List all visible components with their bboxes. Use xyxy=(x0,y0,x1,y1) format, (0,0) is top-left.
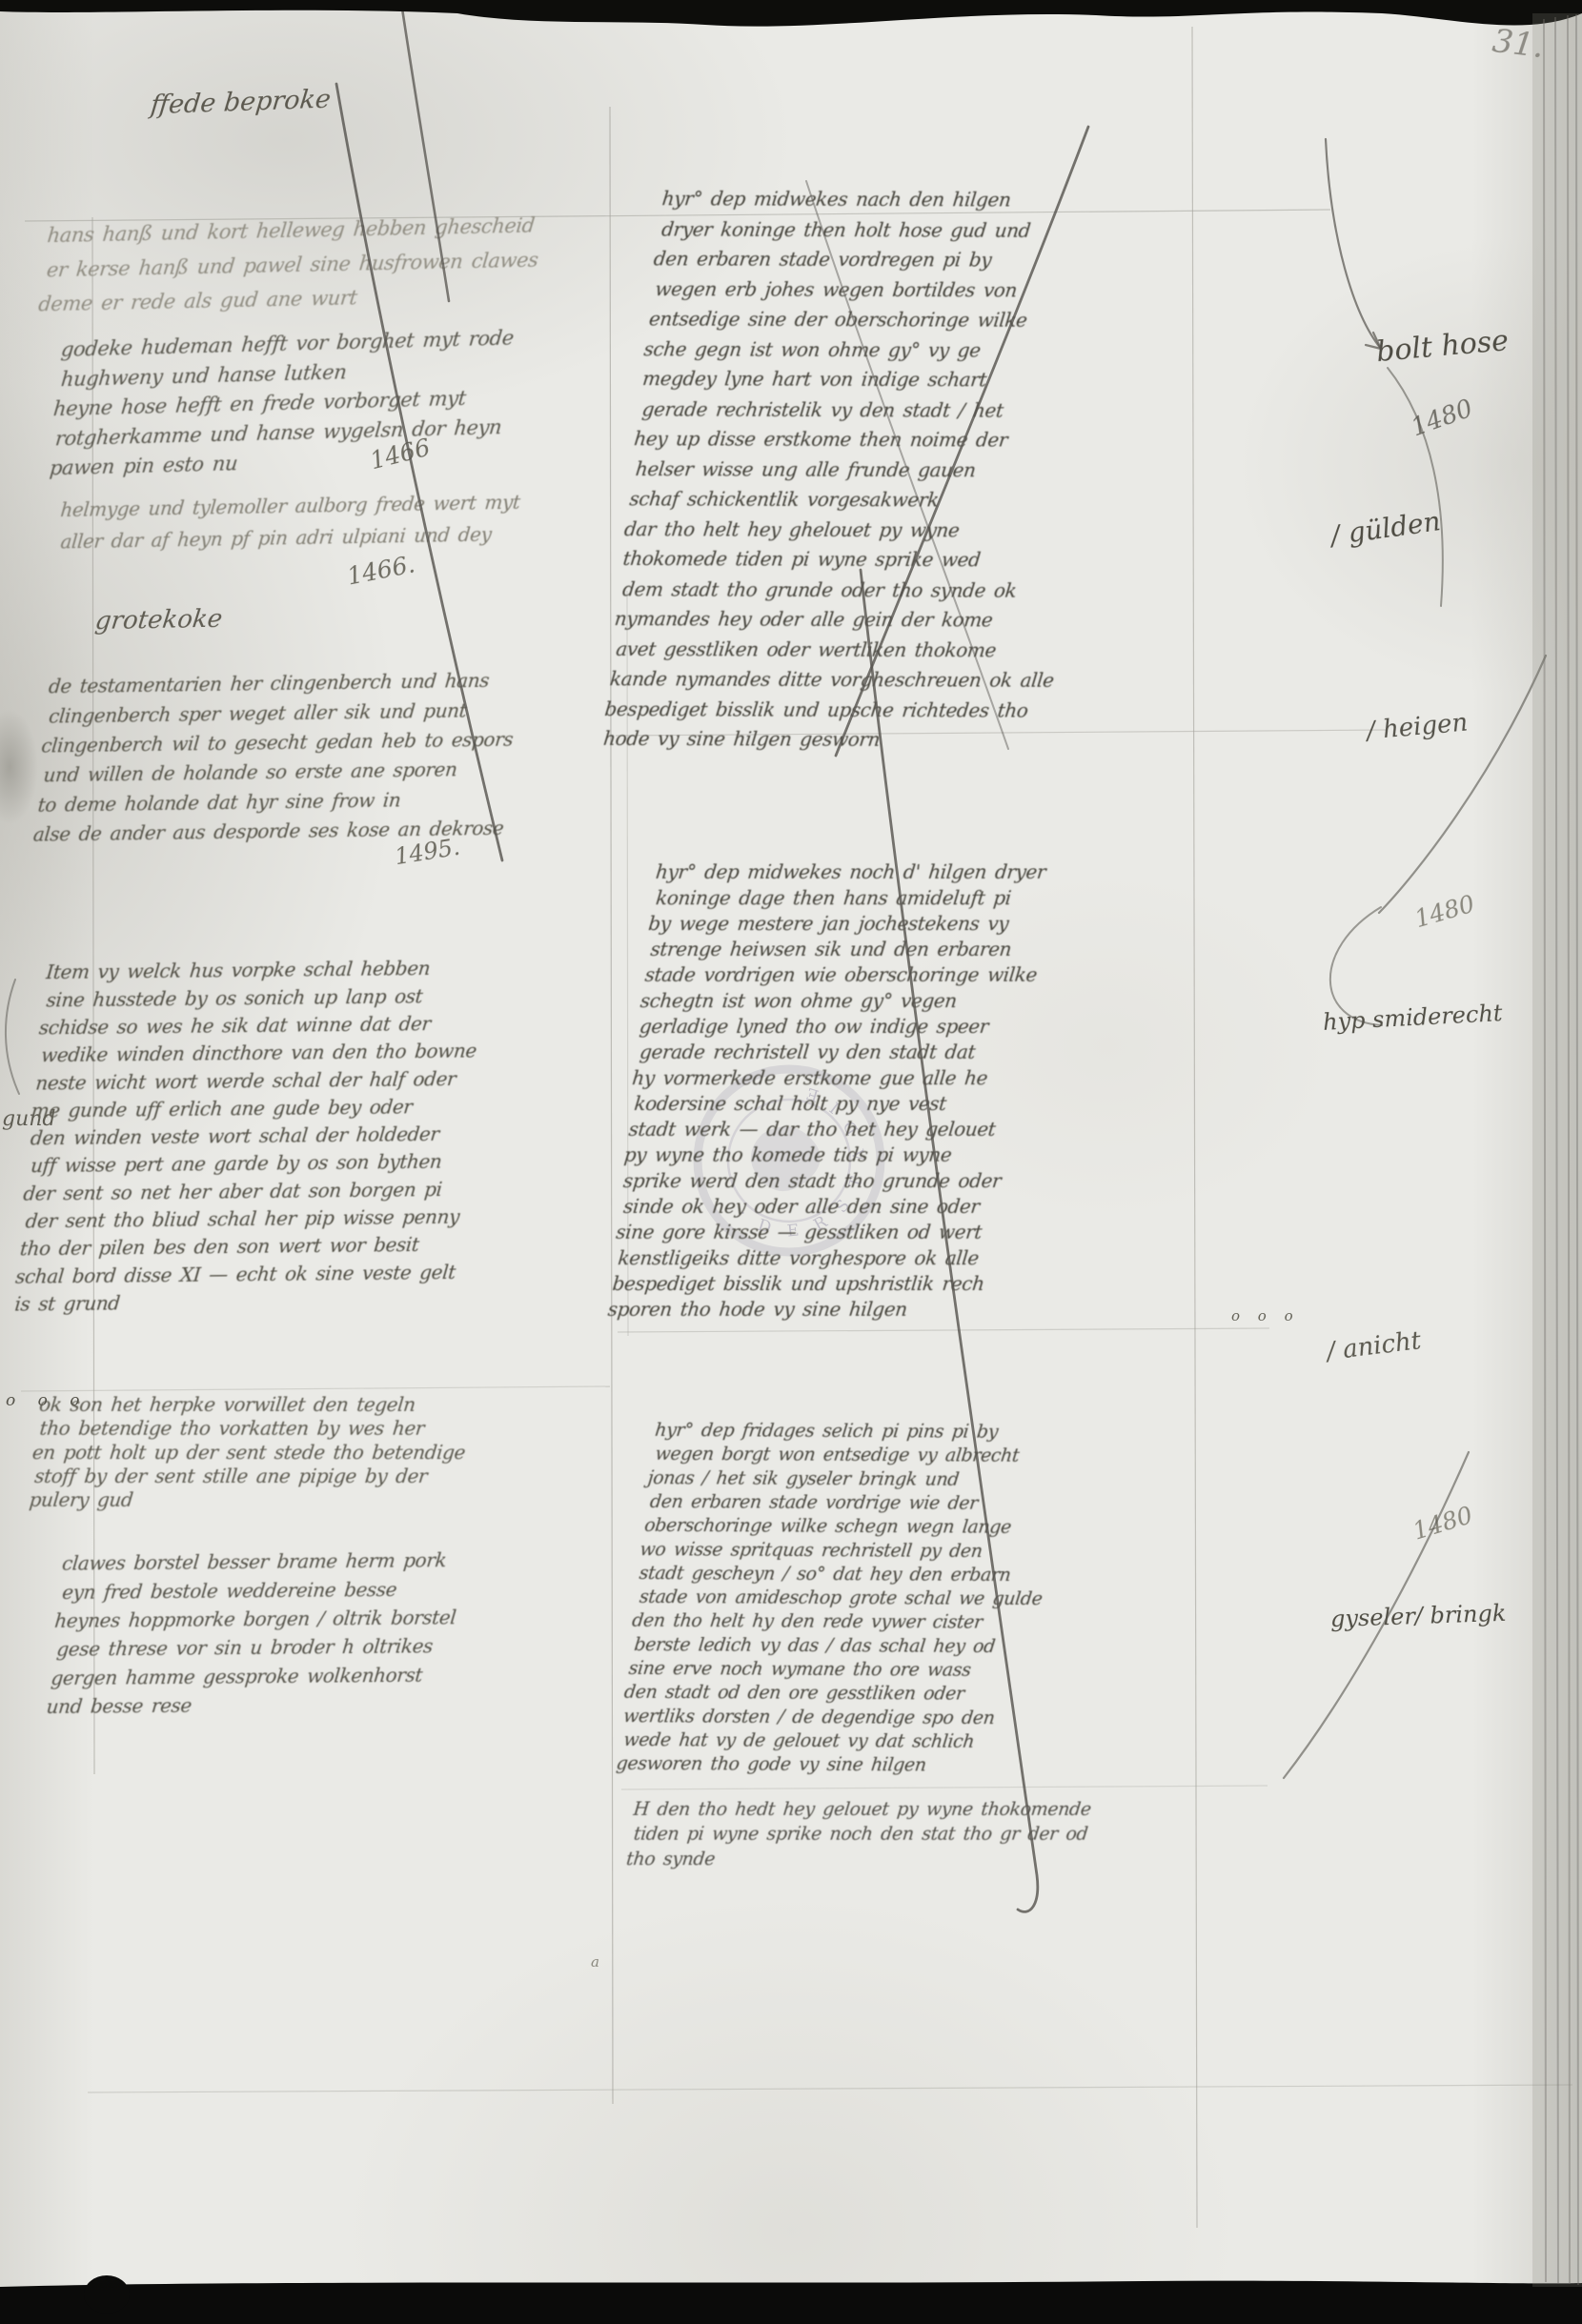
text-block-left-1: hans hanß und kort helleweg hebben ghesc… xyxy=(39,208,540,321)
manuscript-scan: · D E R S T A D I E · ffede beproke grot… xyxy=(0,0,1582,2324)
text-block-left-7: clawes borstel besser brame herm porkeyn… xyxy=(47,1546,464,1721)
page-number: 31. xyxy=(1491,22,1547,66)
text-block-right-1: hyr° dep midwekes nach den hilgendryer k… xyxy=(602,184,1108,756)
text-block-left-4: de testamentarien her clingenberch und h… xyxy=(34,665,522,849)
stray-mark: a xyxy=(591,1953,599,1970)
text-block-right-3: hyr° dep fridages selich pi pins pi bywe… xyxy=(617,1419,1059,1778)
margin-mark: o o o xyxy=(1231,1307,1300,1324)
text-block-left-2: godeke hudeman hefft vor borghet myt rod… xyxy=(49,324,516,484)
text-block-left-6: ok son het herpke vorwillet den tegelnth… xyxy=(28,1393,473,1512)
margin-mark: o o o xyxy=(6,1391,89,1410)
text-block-left-3: helmyge und tylemoller aulborg frede wer… xyxy=(56,487,521,558)
text-block-left-5: Item vy welck hus vorpke schal hebbensin… xyxy=(13,954,487,1318)
margin-note: gund xyxy=(2,1107,56,1131)
text-block-right-2: hyr° dep midwekes noch d' hilgen dryerko… xyxy=(608,859,1048,1323)
section-subheading: grotekoke xyxy=(93,605,224,636)
text-block-right-4: H den tho hedt hey gelouet py wyne thoko… xyxy=(627,1797,1092,1871)
